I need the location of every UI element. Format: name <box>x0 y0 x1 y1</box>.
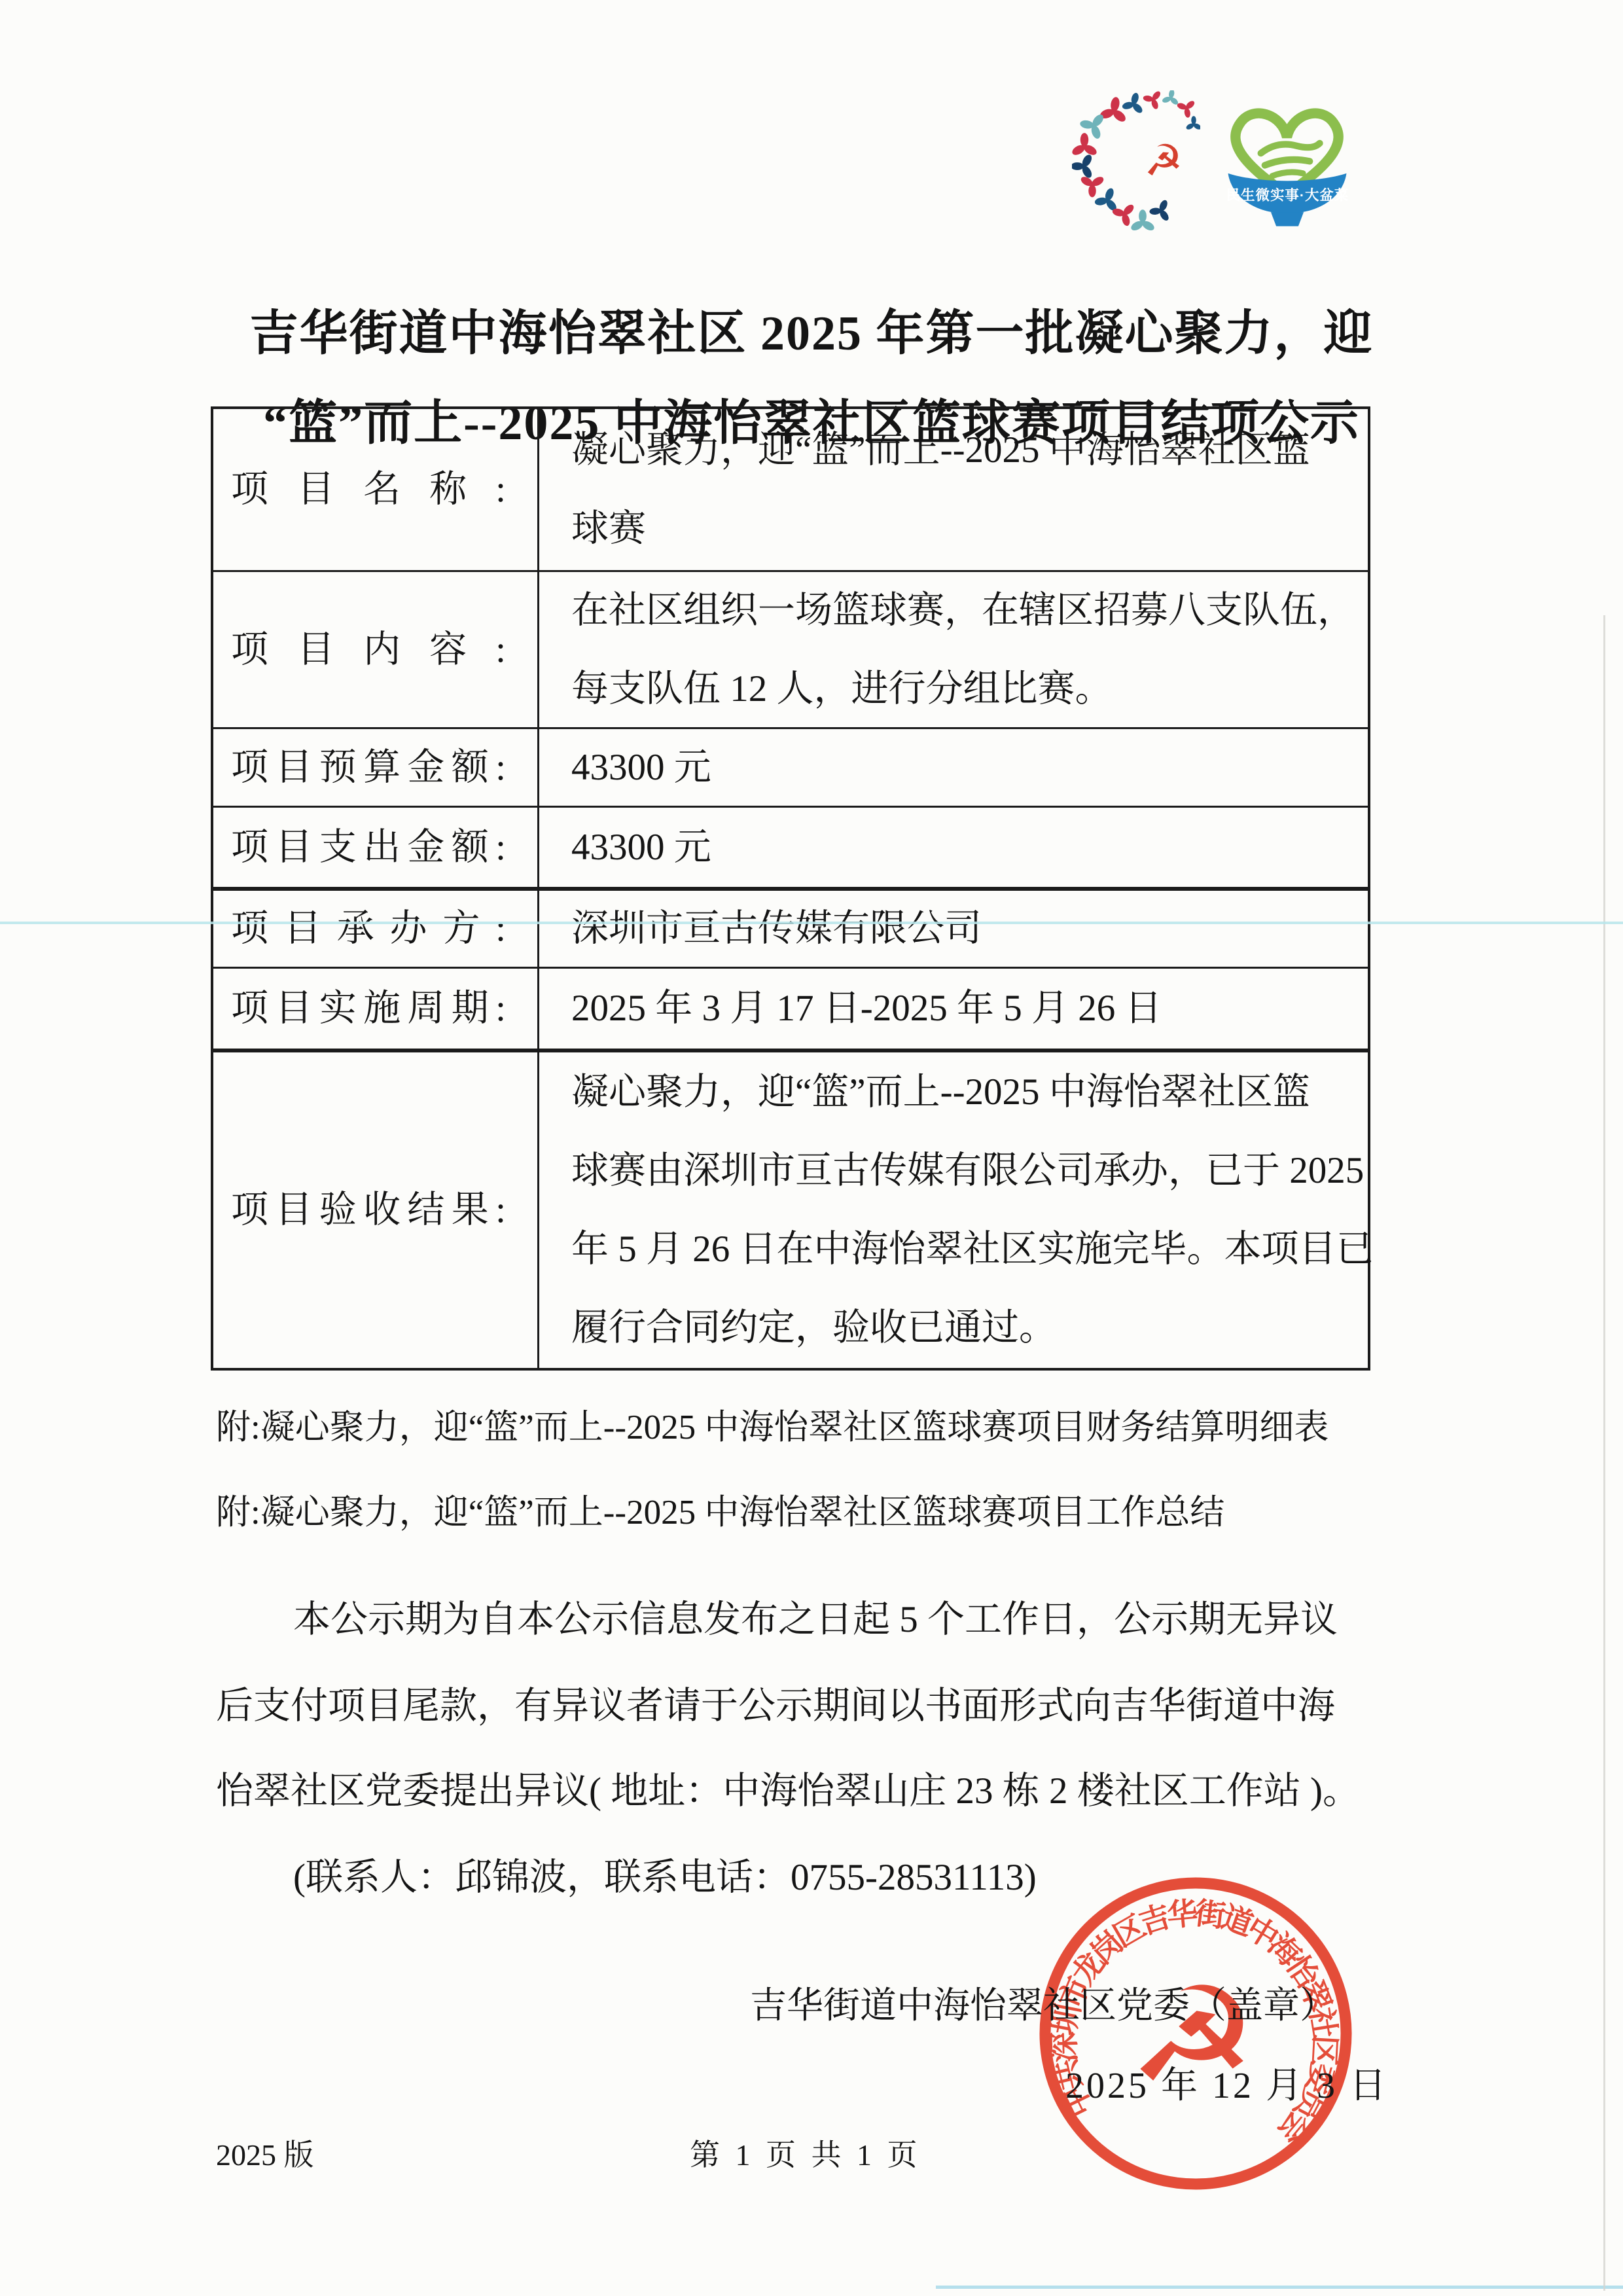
scan-artifact-line <box>936 2286 1623 2289</box>
title-line-1: 吉华街道中海怡翠社区 2025 年第一批凝心聚力，迎 <box>0 289 1623 379</box>
cell-line: 在社区组织一场篮球赛，在辖区招募八支队伍， <box>571 571 1368 650</box>
table-row: 项目承办方: 深圳市亘古传媒有限公司 <box>213 887 1368 967</box>
notice-line: 本公示期为自本公示信息发布之日起 5 个工作日，公示期无异议 <box>293 1589 1338 1643</box>
cell-line: 43300 元 <box>571 728 1368 807</box>
minsheng-bowl-logo: 民生微实事·大盆菜 <box>1212 98 1363 229</box>
table-row: 项目名称: 凝心聚力，迎“篮”而上--2025 中海怡翠社区篮 球赛 <box>213 409 1368 570</box>
official-red-seal: 中共深圳市龙岗区吉华街道中海怡翠社区委员会 ☭ <box>1005 1843 1386 2224</box>
footer-page-number: 第 1 页 共 1 页 <box>690 2131 921 2174</box>
cell-line: 凝心聚力，迎“篮”而上--2025 中海怡翠社区篮 <box>571 411 1368 490</box>
cell-line: 球赛 <box>571 490 1368 568</box>
notice-line: 怡翠社区党委提出异议( 地址：中海怡翠山庄 23 栋 2 楼社区工作站 )。 <box>216 1761 1360 1814</box>
cell-line: 凝心聚力，迎“篮”而上--2025 中海怡翠社区篮 <box>571 1053 1374 1132</box>
cell-line: 年 5 月 26 日在中海怡翠社区实施完毕。本项目已 <box>571 1210 1374 1289</box>
cell-line: 2025 年 3 月 17 日-2025 年 5 月 26 日 <box>571 969 1368 1048</box>
row-label: 项目承办方: <box>231 906 506 952</box>
cell-line: 球赛由深圳市亘古传媒有限公司承办，已于 2025 <box>571 1132 1374 1210</box>
table-row: 项目实施周期: 2025 年 3 月 17 日-2025 年 5 月 26 日 <box>213 967 1368 1049</box>
signature-date: 2025 年 12 月 3 日 <box>1065 2056 1389 2109</box>
bowl-foot <box>1271 212 1304 226</box>
bowl-slogan-text: 民生微实事·大盆菜 <box>1226 187 1349 204</box>
document-page: ☭ 民生微实事·大盆菜 吉华街道中海怡翠社区 2025 年第一批凝心聚力，迎 “… <box>0 0 1623 2296</box>
party-heart-logo: ☭ <box>1072 90 1200 234</box>
table-row: 项目预算金额: 43300 元 <box>213 727 1368 806</box>
table-row: 项目内容: 在社区组织一场篮球赛，在辖区招募八支队伍， 每支队伍 12 人，进行… <box>213 570 1368 727</box>
attachment-line: 附:凝心聚力，迎“篮”而上--2025 中海怡翠社区篮球赛项目财务结算明细表 <box>216 1399 1329 1449</box>
notice-line: (联系人：邱锦波，联系电话：0755-28531113) <box>293 1847 1037 1901</box>
table-row: 项目验收结果: 凝心聚力，迎“篮”而上--2025 中海怡翠社区篮 球赛由深圳市… <box>213 1049 1368 1368</box>
cell-line: 深圳市亘古传媒有限公司 <box>571 889 1368 968</box>
row-label: 项目内容: <box>231 627 506 673</box>
footer-version: 2025 版 <box>216 2131 314 2174</box>
swirl-stroke <box>1265 160 1310 166</box>
swirl-stroke <box>1272 172 1303 176</box>
scan-artifact-line <box>1603 615 1605 2291</box>
project-info-table: 项目名称: 凝心聚力，迎“篮”而上--2025 中海怡翠社区篮 球赛 项目内容:… <box>211 406 1370 1371</box>
cell-line: 履行合同约定，验收已通过。 <box>571 1289 1374 1367</box>
row-label: 项目实施周期: <box>231 986 506 1031</box>
swirl-stroke <box>1261 143 1320 153</box>
hammer-sickle-icon: ☭ <box>1144 135 1183 186</box>
row-label: 项目名称: <box>231 467 506 512</box>
table-row: 项目支出金额: 43300 元 <box>213 806 1368 887</box>
signature-org: 吉华街道中海怡翠社区党委（盖章） <box>750 1977 1336 2029</box>
scan-artifact-line <box>0 922 1623 924</box>
cell-line: 43300 元 <box>571 808 1368 887</box>
row-label: 项目支出金额: <box>231 825 506 870</box>
notice-line: 后支付项目尾款，有异议者请于公示期间以书面形式向吉华街道中海 <box>216 1676 1335 1729</box>
row-label: 项目预算金额: <box>231 745 506 791</box>
row-label: 项目验收结果: <box>231 1187 506 1233</box>
cell-line: 每支队伍 12 人，进行分组比赛。 <box>571 650 1368 728</box>
attachment-line: 附:凝心聚力，迎“篮”而上--2025 中海怡翠社区篮球赛项目工作总结 <box>216 1484 1224 1534</box>
